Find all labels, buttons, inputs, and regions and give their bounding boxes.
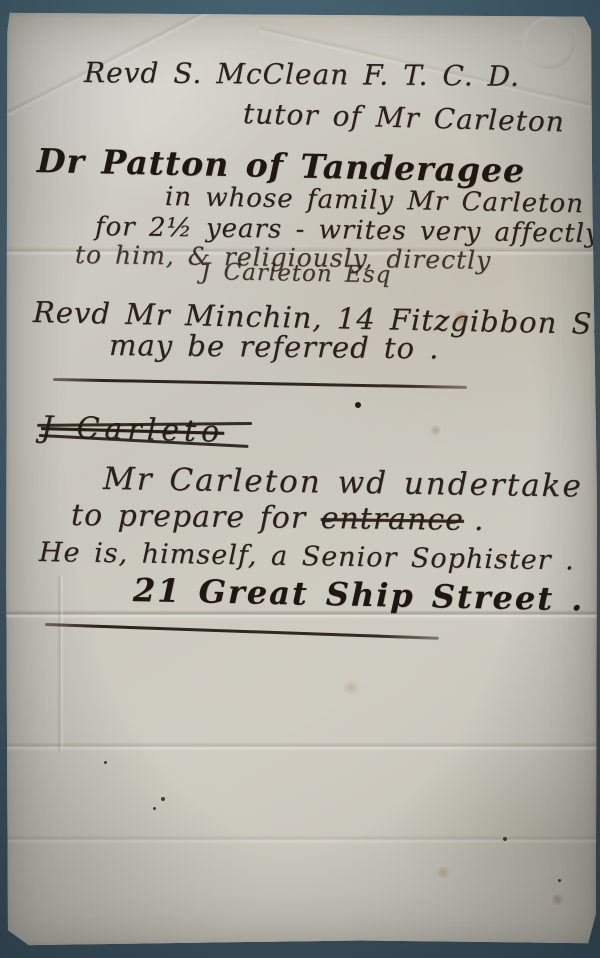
- handwritten-line-may-be-referred: may be referred to .: [109, 328, 440, 366]
- ink-speck: [503, 837, 507, 841]
- fold-crease: [5, 742, 597, 751]
- line-text-segment: to prepare for: [71, 498, 321, 536]
- handwritten-line-tutor-of-carleton: tutor of Mr Carleton: [243, 97, 566, 139]
- ink-speck: [161, 797, 165, 801]
- paper-stain: [429, 425, 442, 436]
- ink-speck: [104, 761, 107, 764]
- line-text-segment: .: [474, 503, 485, 538]
- handwritten-line-great-ship-street: 21 Great Ship Street .: [133, 571, 585, 619]
- embossed-seal-mark: [523, 17, 575, 69]
- handwritten-line-senior-sophister: He is, himself, a Senior Sophister .: [39, 537, 575, 578]
- handwritten-line-prepare-entrance: to prepare for entrance.: [71, 498, 485, 539]
- handwritten-line-j-carleton-esq: J Carleton Esq: [201, 259, 392, 290]
- ink-speck: [153, 807, 156, 810]
- manuscript-paper: Revd S. McClean F. T. C. D. tutor of Mr …: [5, 11, 597, 947]
- fold-crease: [5, 835, 597, 844]
- photo-backdrop: Revd S. McClean F. T. C. D. tutor of Mr …: [0, 0, 600, 958]
- handwritten-line-struck-j-carleton: J Carleto: [41, 410, 225, 451]
- fold-crease: [57, 576, 64, 751]
- ink-speck: [558, 879, 561, 882]
- handwritten-rule-top: [53, 378, 467, 388]
- struck-out-text: entrance: [320, 501, 464, 538]
- handwritten-line-rev-mcclean: Revd S. McClean F. T. C. D.: [84, 56, 520, 93]
- handwritten-rule-bottom: [45, 623, 439, 639]
- paper-stain: [341, 681, 361, 694]
- paper-stain: [435, 867, 451, 878]
- paper-stain: [551, 893, 564, 906]
- ink-dot: [355, 402, 361, 408]
